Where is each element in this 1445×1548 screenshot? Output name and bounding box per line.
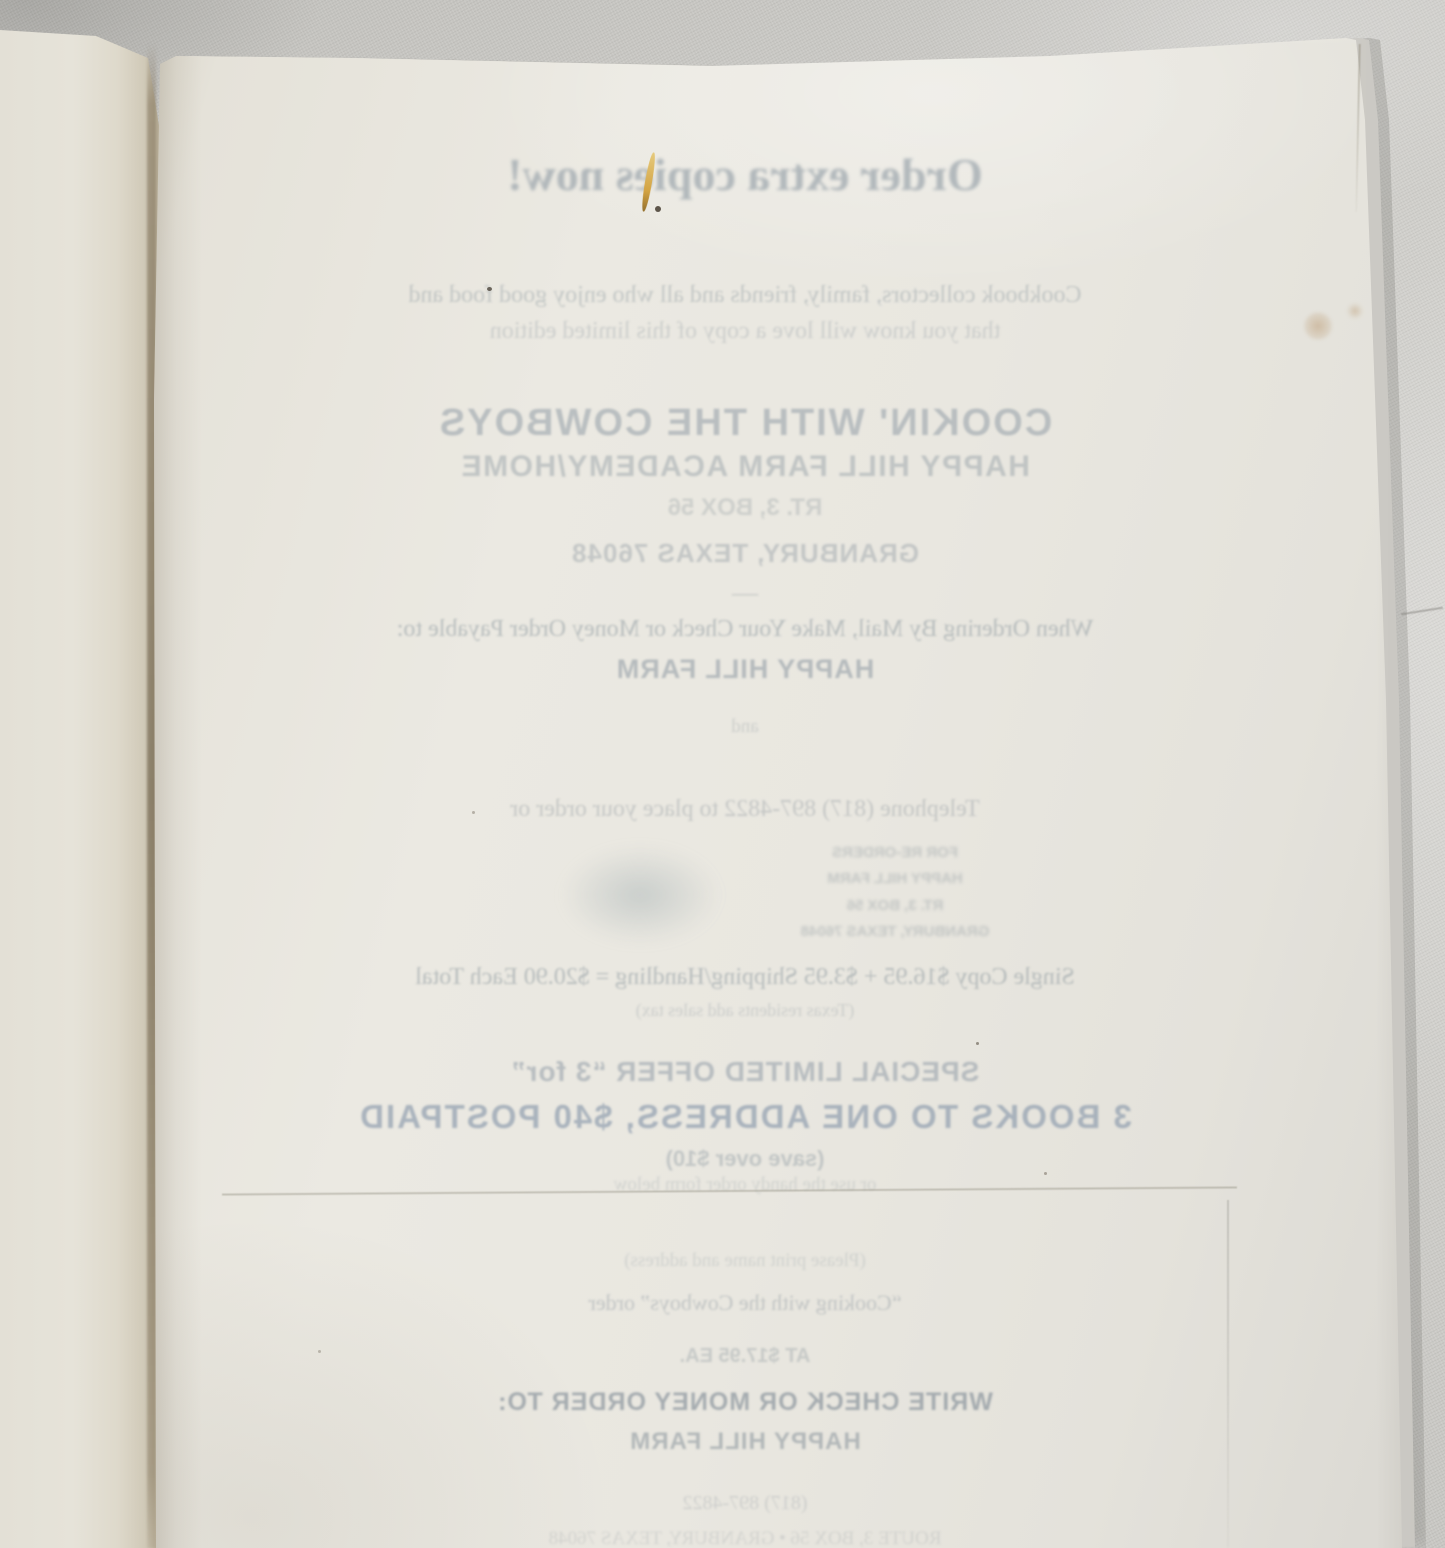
paper-speck-1: [976, 1042, 979, 1045]
bleed-footer-line-1: (817) 897-4822: [170, 1492, 1320, 1515]
book-gutter-fold: [147, 44, 156, 1548]
fiber-tip-speck: [655, 206, 661, 212]
bleed-logo-smudge: [560, 845, 720, 945]
bleed-coupon-payee-2: HAPPY HILL FARM: [170, 1428, 1320, 1456]
bleed-reorder-line-4: GRANBURY, TEXAS 76048: [740, 919, 1050, 945]
brown-stain-large: [1303, 312, 1333, 340]
paper-speck-4: [318, 1350, 321, 1353]
bleed-reorder-line-1: FOR RE-ORDERS: [740, 840, 1050, 866]
bleed-payable-line: When Ordering By Mail, Make Your Check o…: [170, 616, 1320, 643]
bleed-divider-dash: —: [170, 578, 1320, 608]
bleed-phone-line: Telephone (817) 897-4822 to place your o…: [170, 796, 1320, 823]
brown-stain-small: [1346, 303, 1364, 319]
bleed-intro-line-2: that you know will love a copy of this l…: [170, 318, 1320, 345]
bleed-offer-line-2: 3 BOOKS TO ONE ADDRESS, $40 POSTPAID: [170, 1098, 1320, 1136]
photo-open-book-on-cloth: Order extra copies now! Cookbook collect…: [0, 0, 1445, 1548]
bleed-price-note: (Texas residents add sales tax): [170, 1000, 1320, 1021]
paper-speck-3: [472, 811, 475, 814]
bleed-conjunction: and: [170, 716, 1320, 738]
bleed-offer-line-1: SPECIAL LIMITED OFFER “3 for”: [170, 1056, 1320, 1088]
bleed-address-line-1: RT. 3, BOX 56: [170, 494, 1320, 522]
bleed-intro-line-1: Cookbook collectors, family, friends and…: [170, 282, 1320, 309]
bleed-headline: Order extra copies now!: [170, 148, 1320, 201]
bleed-payee-name: HAPPY HILL FARM: [170, 654, 1320, 685]
bleed-book-title: COOKIN' WITH THE COWBOYS: [170, 402, 1320, 445]
bleed-footer-line-2: ROUTE 3, BOX 56 • GRANBURY, TEXAS 76048: [170, 1528, 1320, 1548]
bleed-offer-note: (save over $10): [170, 1146, 1320, 1172]
bleed-reorder-line-2: HAPPY HILL FARM: [740, 866, 1050, 892]
bleed-coupon-title-line: “Cooking with the Cowboys” order: [170, 1290, 1320, 1316]
paper-speck-2: [1044, 1172, 1047, 1175]
bleed-coupon-payee-1: WRITE CHECK OR MONEY ORDER TO:: [170, 1388, 1320, 1417]
facing-page-left: [0, 0, 163, 1548]
dark-speck: [487, 287, 492, 291]
bleed-address-line-2: GRANBURY, TEXAS 76048: [170, 538, 1320, 569]
bleed-reorder-block: FOR RE-ORDERS HAPPY HILL FARM RT. 3, BOX…: [740, 840, 1050, 945]
fabric-thread-crease: [1401, 607, 1443, 616]
bleed-coupon-qty-line: AT $17.95 EA.: [170, 1345, 1320, 1368]
bleed-price-line: Single Copy $16.95 + $3.95 Shipping/Hand…: [170, 964, 1320, 991]
bleed-publisher: HAPPY HILL FARM ACADEMY/HOME: [170, 450, 1320, 484]
bleed-coupon-name-line: (Please print name and address): [170, 1250, 1320, 1272]
bleed-reorder-line-3: RT. 3, BOX 56: [740, 893, 1050, 919]
